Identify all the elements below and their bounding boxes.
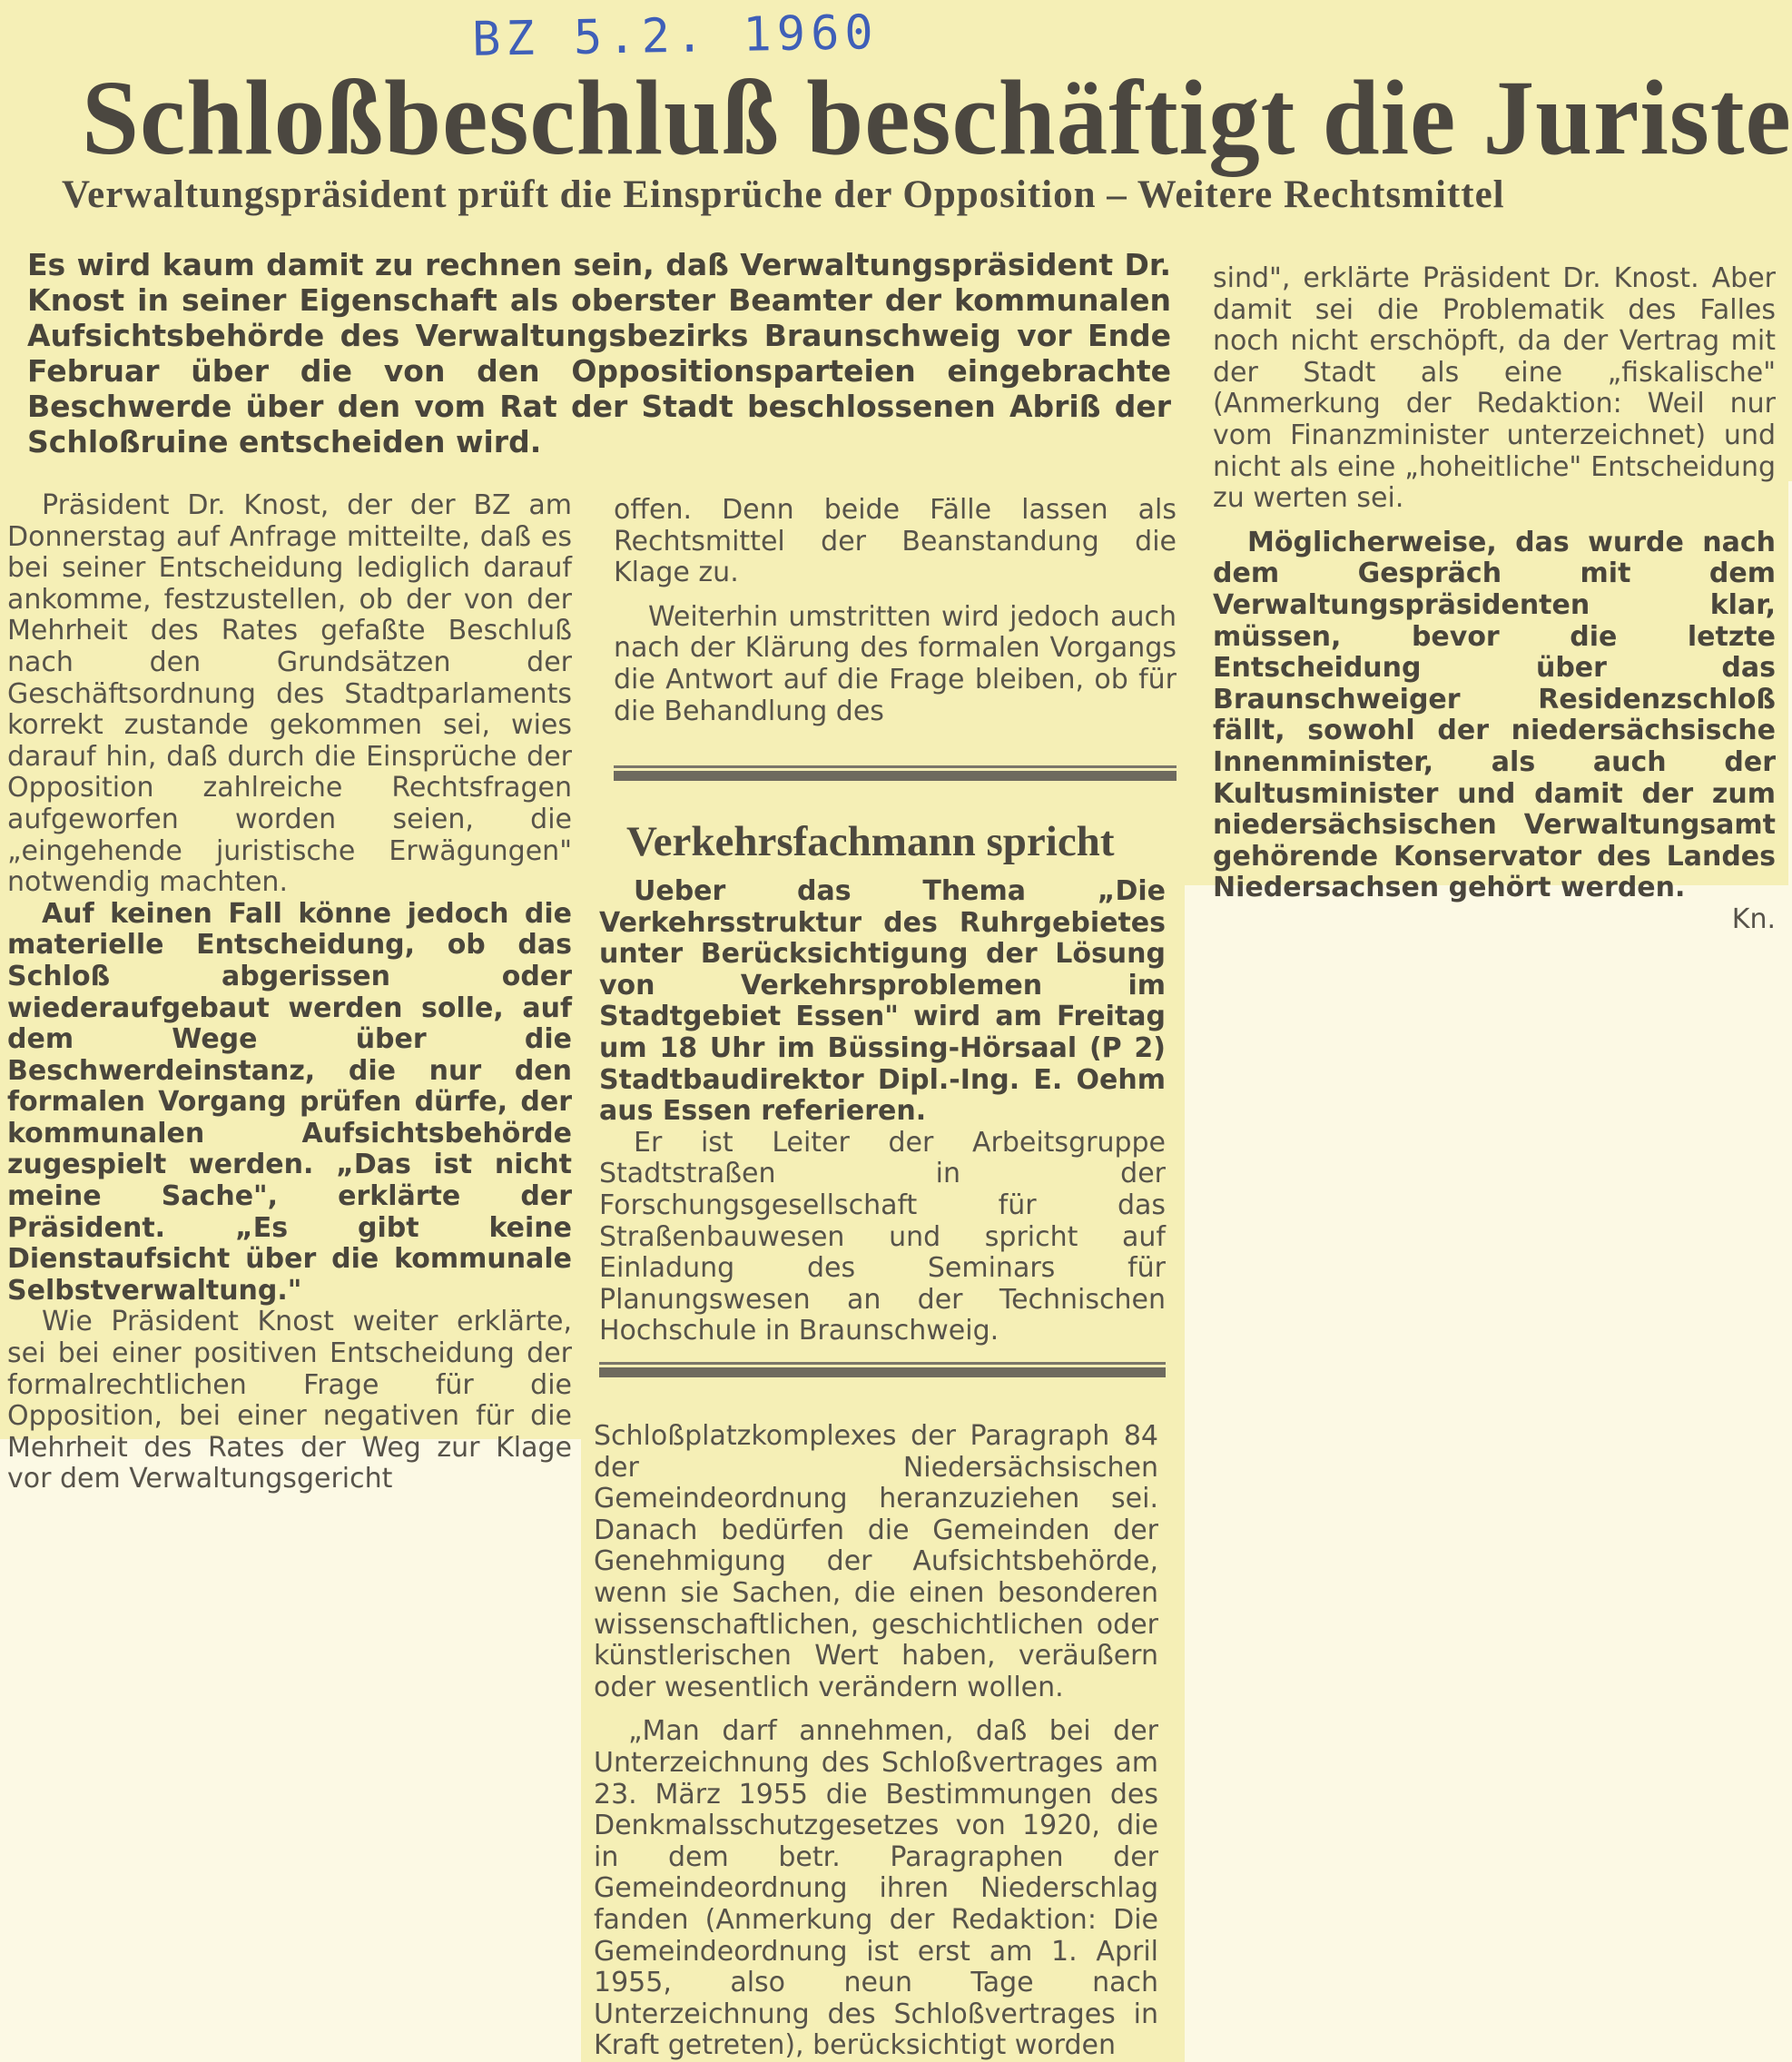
article-column-middle-top: offen. Denn beide Fälle lassen als Recht… xyxy=(614,495,1177,727)
sidebar-article-body: Ueber das Thema „Die Verkehrsstruktur de… xyxy=(599,876,1166,1347)
article-column-left: Präsident Dr. Knost, der der BZ am Donne… xyxy=(7,490,572,1495)
article-column-middle-bottom: Schloßplatzkomplexes der Paragraph 84 de… xyxy=(594,1421,1158,2062)
article-headline: Schloßbeschluß beschäftigt die Juristen xyxy=(82,56,1668,180)
paragraph: Wie Präsident Knost weiter erklärte, sei… xyxy=(7,1307,572,1495)
paragraph: Er ist Leiter der Arbeitsgruppe Stadtstr… xyxy=(599,1128,1166,1347)
paragraph: „Man darf annehmen, daß bei der Unterzei… xyxy=(594,1716,1158,2062)
paragraph: Präsident Dr. Knost, der der BZ am Donne… xyxy=(7,490,572,899)
article-lead: Es wird kaum damit zu rechnen sein, daß … xyxy=(27,247,1171,459)
author-byline: Kn. xyxy=(1213,904,1776,936)
paragraph: Möglicherweise, das wurde nach dem Gespr… xyxy=(1213,528,1776,904)
column-divider-rule xyxy=(614,765,1177,781)
paragraph: sind", erklärte Präsident Dr. Knost. Abe… xyxy=(1213,263,1776,515)
paragraph: Auf keinen Fall könne jedoch die materie… xyxy=(7,899,572,1307)
paragraph: offen. Denn beide Fälle lassen als Recht… xyxy=(614,495,1177,589)
article-subheadline: Verwaltungspräsident prüft die Einsprüch… xyxy=(62,173,1768,217)
paragraph: Weiterhin umstritten wird jedoch auch na… xyxy=(614,602,1177,727)
paragraph: Schloßplatzkomplexes der Paragraph 84 de… xyxy=(594,1421,1158,1703)
sidebar-headline: Verkehrsfachmann spricht xyxy=(626,817,1189,866)
paragraph: Ueber das Thema „Die Verkehrsstruktur de… xyxy=(599,876,1166,1128)
column-divider-rule xyxy=(599,1362,1166,1377)
article-column-right: sind", erklärte Präsident Dr. Knost. Abe… xyxy=(1213,263,1776,935)
